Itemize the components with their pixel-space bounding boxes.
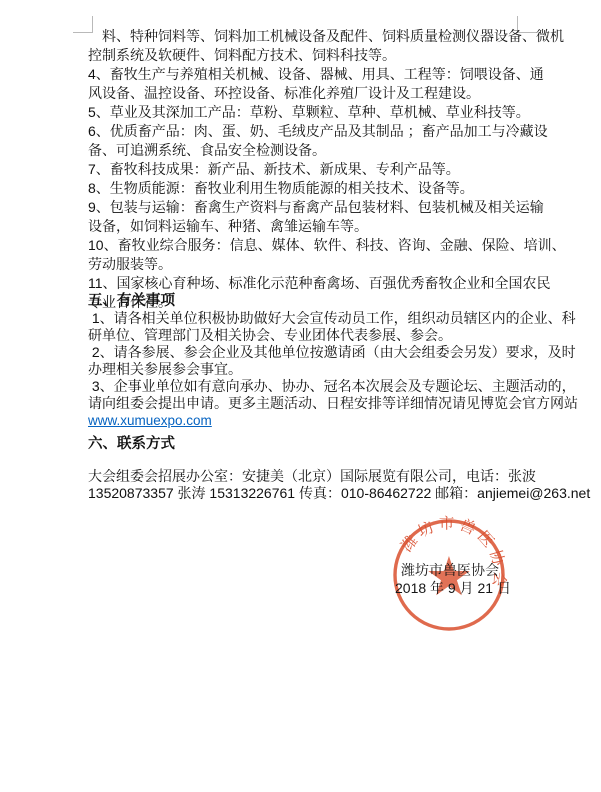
text-line: 办理相关参展参会事宜。 bbox=[88, 361, 528, 378]
section-contact-heading: 六、联系方式 bbox=[88, 436, 528, 453]
text-line: 4、畜牧生产与养殖相关机械、设备、器械、用具、工程等：饲喂设备、通 bbox=[88, 65, 528, 84]
text-line: 2、请各参展、参会企业及其他单位按邀请函（由大会组委会另发）要求，及时 bbox=[88, 344, 528, 361]
seal-date-text: 2018 年 9 月 21 日 bbox=[395, 578, 505, 598]
section-notes-body: 1、请各相关单位积极协助做好大会宣传动员工作，组织动员辖区内的企业、科研单位、管… bbox=[88, 310, 528, 412]
text-line: 8、生物质能源：畜牧业利用生物质能源的相关技术、设备等。 bbox=[88, 179, 528, 198]
section-notes: 五、有关事项 1、请各相关单位积极协助做好大会宣传动员工作，组织动员辖区内的企业… bbox=[88, 293, 528, 429]
seal-organization-text: 潍坊市兽医协会 bbox=[400, 560, 500, 580]
text-line: 1、请各相关单位积极协助做好大会宣传动员工作，组织动员辖区内的企业、科 bbox=[88, 310, 528, 327]
contact-info: 大会组委会招展办公室：安捷美（北京）国际展览有限公司，电话：张波13520873… bbox=[88, 468, 528, 502]
text-line: 劳动服装等。 bbox=[88, 255, 528, 274]
text-line: 3、企事业单位如有意向承办、协办、冠名本次展会及专题论坛、主题活动的， bbox=[88, 378, 528, 395]
section-contact-heading-block: 六、联系方式 bbox=[88, 436, 528, 453]
text-line: 6、优质畜产品：肉、蛋、奶、毛绒皮产品及其制品 ；畜产品加工与冷藏设 bbox=[88, 122, 528, 141]
text-line: 请向组委会提出申请。更多主题活动、日程安排等详细情况请见博览会官方网站 bbox=[88, 395, 528, 412]
text-line: 控制系统及软硬件、饲料配方技术、饲料科技等。 bbox=[88, 46, 528, 65]
text-line: 备、可追溯系统、食品安全检测设备。 bbox=[88, 141, 528, 160]
text-line: 大会组委会招展办公室：安捷美（北京）国际展览有限公司，电话：张波 bbox=[88, 468, 528, 485]
text-line: 9、包装与运输：畜禽生产资料与畜禽产品包装材料、包装机械及相关运输 bbox=[88, 198, 528, 217]
text-line: 5、草业及其深加工产品：草粉、草颗粒、草种、草机械、草业科技等。 bbox=[88, 103, 528, 122]
text-line: 研单位、管理部门及相关协会、专业团体代表参展、参会。 bbox=[88, 327, 528, 344]
text-line: 11、国家核心育种场、标准化示范种畜禽场、百强优秀畜牧企业和全国农民 bbox=[88, 274, 528, 293]
text-line: 10、畜牧业综合服务：信息、媒体、软件、科技、咨询、金融、保险、培训、 bbox=[88, 236, 528, 255]
text-line: 7、畜牧科技成果：新产品、新技术、新成果、专利产品等。 bbox=[88, 160, 528, 179]
text-line: 设备，如饲料运输车、种猪、禽雏运输车等。 bbox=[88, 217, 528, 236]
text-line: 13520873357 张涛 15313226761 传真：010-864627… bbox=[88, 485, 528, 502]
expo-website-link[interactable]: www.xumuexpo.com bbox=[88, 412, 212, 429]
exhibit-scope-list: 料、特种饲料等、饲料加工机械设备及配件、饲料质量检测仪器设备、微机控制系统及软硬… bbox=[88, 27, 528, 312]
text-line: 料、特种饲料等、饲料加工机械设备及配件、饲料质量检测仪器设备、微机 bbox=[88, 27, 528, 46]
section-notes-heading: 五、有关事项 bbox=[88, 293, 528, 310]
text-line: 风设备、温控设备、环控设备、标准化养殖厂设计及工程建设。 bbox=[88, 84, 528, 103]
document-page: 料、特种饲料等、饲料加工机械设备及配件、饲料质量检测仪器设备、微机控制系统及软硬… bbox=[0, 0, 601, 792]
